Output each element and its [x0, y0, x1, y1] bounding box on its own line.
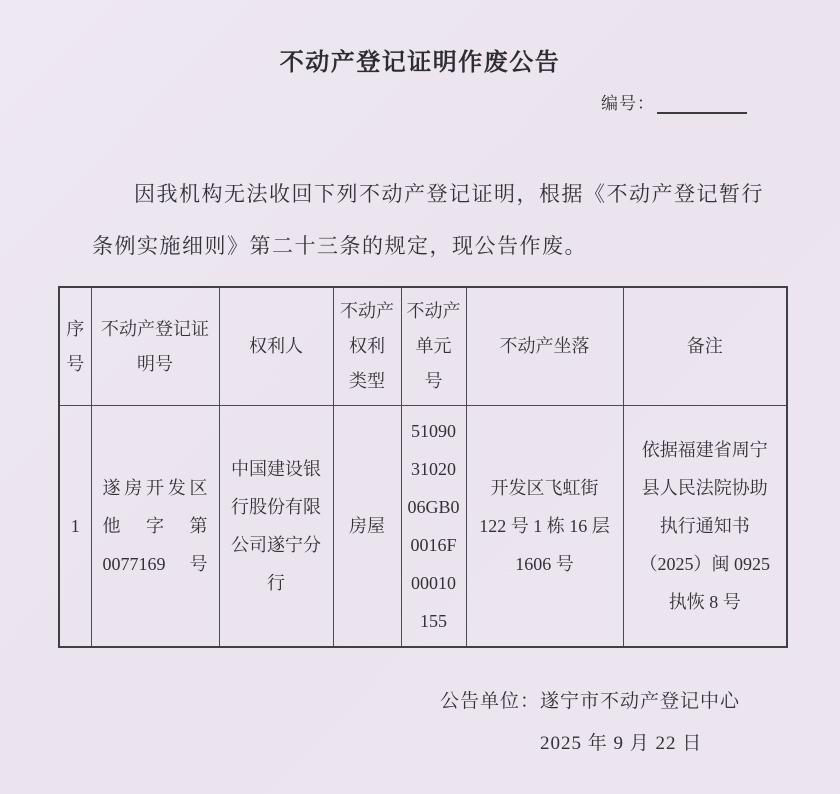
col-header-certificate-no: 不动产登记证 明号	[91, 287, 219, 406]
col-header-right-holder: 权利人	[219, 287, 333, 406]
serial-number-blank	[657, 94, 747, 114]
certificates-table-wrapper: 序 号 不动产登记证 明号 权利人 不动产 权利 类型 不动产 单元 号 不动产…	[58, 286, 840, 648]
col-header-unit-no: 不动产 单元 号	[401, 287, 466, 406]
cell-location: 开发区飞虹街 122 号 1 栋 16 层 1606 号	[466, 406, 623, 648]
cell-right-holder: 中国建设银 行股份有限 公司遂宁分 行	[219, 406, 333, 648]
col-header-remark: 备注	[623, 287, 787, 406]
serial-number-row: 编号：	[0, 89, 747, 114]
col-header-index: 序 号	[59, 287, 91, 406]
cell-unit-no: 51090 31020 06GB0 0016F 00010 155	[401, 406, 466, 648]
col-header-right-type: 不动产 权利 类型	[333, 287, 401, 406]
notice-footer: 公告单位：遂宁市不动产登记中心 2025 年 9 月 22 日	[0, 686, 840, 755]
serial-number-label: 编号：	[601, 94, 655, 113]
cell-index: 1	[59, 406, 91, 648]
table-header-row: 序 号 不动产登记证 明号 权利人 不动产 权利 类型 不动产 单元 号 不动产…	[59, 287, 787, 406]
body-line-1: 因我机构无法收回下列不动产登记证明，根据《不动产登记暂行	[92, 168, 770, 220]
footer-date: 2025 年 9 月 22 日	[540, 728, 840, 755]
body-line-2: 条例实施细则》第二十三条的规定，现公告作废。	[92, 220, 770, 272]
cell-certificate-no: 遂房开发区 他字第 0077169 号	[91, 406, 219, 648]
cell-right-type: 房屋	[333, 406, 401, 648]
table-row: 1 遂房开发区 他字第 0077169 号 中国建设银 行股份有限 公司遂宁分 …	[59, 406, 787, 648]
notice-title: 不动产登记证明作废公告	[0, 0, 840, 77]
notice-body: 因我机构无法收回下列不动产登记证明，根据《不动产登记暂行 条例实施细则》第二十三…	[92, 168, 770, 272]
invalidation-notice-document: 不动产登记证明作废公告 编号： 因我机构无法收回下列不动产登记证明，根据《不动产…	[0, 0, 840, 794]
certificates-table: 序 号 不动产登记证 明号 权利人 不动产 权利 类型 不动产 单元 号 不动产…	[58, 286, 788, 648]
col-header-location: 不动产坐落	[466, 287, 623, 406]
cell-remark: 依据福建省周宁 县人民法院协助 执行通知书 （2025）闽 0925 执恢 8 …	[623, 406, 787, 648]
footer-issuer: 公告单位：遂宁市不动产登记中心	[440, 686, 840, 713]
